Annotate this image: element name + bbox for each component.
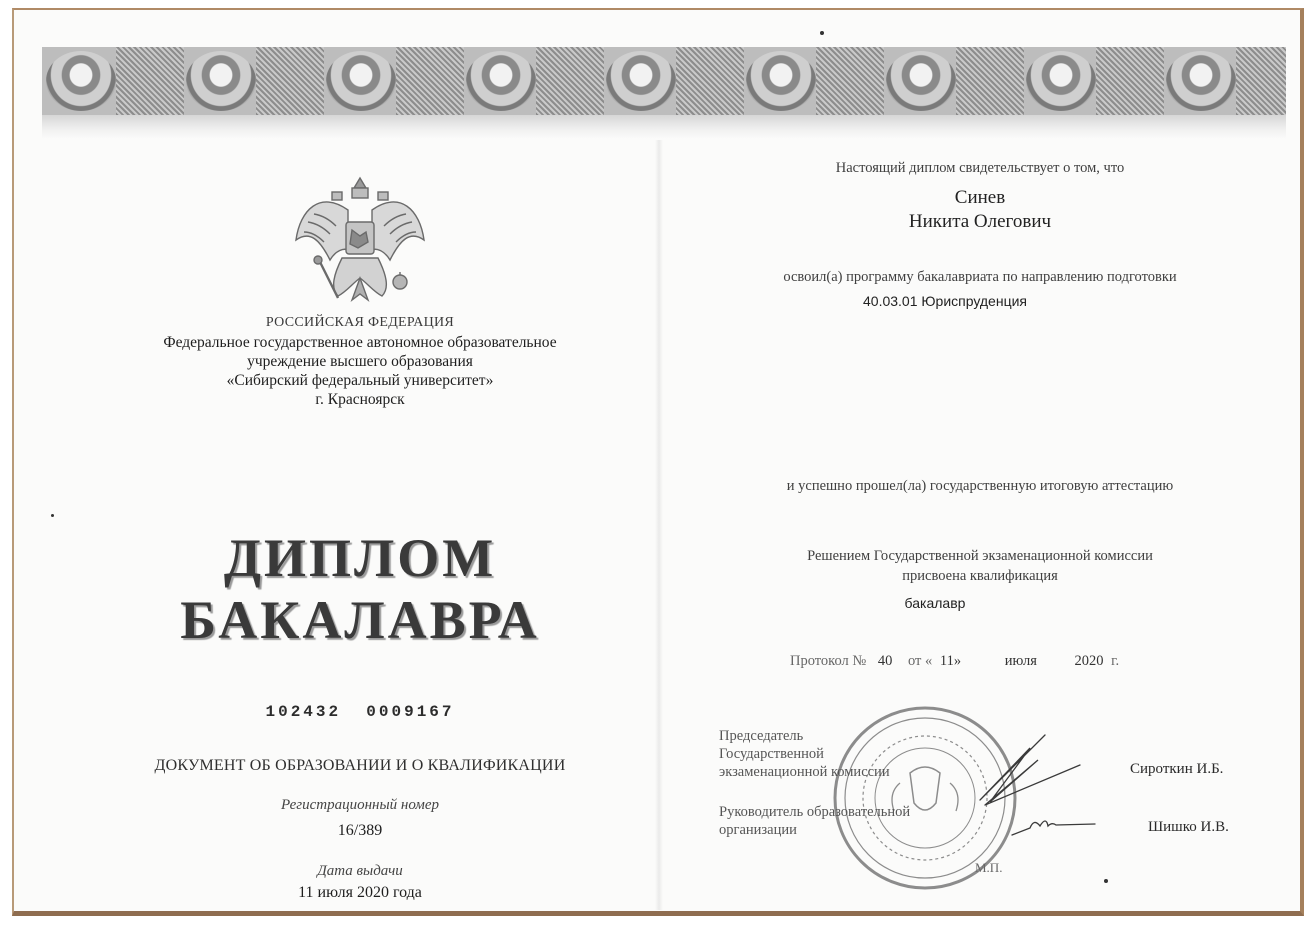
role-line: экзаменационной комиссии [719, 763, 890, 781]
decision-line-2: присвоена квалификация [740, 566, 1220, 586]
banner-motif [746, 51, 816, 111]
speck [820, 31, 824, 35]
protocol-from-label: от « [908, 653, 932, 670]
speck [1104, 879, 1108, 883]
institution-city: г. Красноярск [120, 390, 600, 409]
serial-number: 102432 0009167 [120, 703, 600, 721]
signature-role-head: Руководитель образовательной организации [719, 803, 910, 839]
protocol-day: 11» [940, 653, 961, 670]
protocol-number: 40 [878, 653, 893, 670]
role-line: Руководитель образовательной [719, 803, 910, 821]
role-line: организации [719, 821, 910, 839]
protocol-year: 2020 [1075, 653, 1104, 670]
chairman-name: Сироткин И.Б. [1130, 761, 1223, 778]
protocol-line: Протокол № 40 от « 11» июля 2020 г. [790, 653, 1119, 670]
security-pattern-banner [42, 47, 1286, 115]
signature-role-chairman: Председатель Государственной экзаменацио… [719, 727, 890, 781]
issue-date-label: Дата выдачи [120, 863, 600, 880]
institution-line: Федеральное государственное автономное о… [120, 333, 600, 352]
certifies-text: Настоящий диплом свидетельствует о том, … [740, 160, 1220, 177]
banner-motif [256, 47, 324, 115]
title-line-1: ДИПЛОМ [120, 527, 600, 589]
banner-motif [396, 47, 464, 115]
protocol-label: Протокол № [790, 653, 866, 670]
diploma-title: ДИПЛОМ БАКАЛАВРА [120, 527, 600, 651]
banner-shadow [42, 115, 1286, 139]
banner-motif [1236, 47, 1286, 115]
banner-motif [816, 47, 884, 115]
decision-line-1: Решением Государственной экзаменационной… [740, 546, 1220, 566]
seal-mark: М.П. [975, 859, 1002, 877]
banner-motif [1166, 51, 1236, 111]
banner-motif [536, 47, 604, 115]
protocol-month: июля [1005, 653, 1037, 670]
institution-line: «Сибирский федеральный университет» [120, 371, 600, 390]
protocol-year-suffix: г. [1111, 653, 1119, 670]
country-name: РОССИЙСКАЯ ФЕДЕРАЦИЯ [150, 315, 570, 331]
speck [51, 514, 54, 517]
role-line: Государственной [719, 745, 890, 763]
banner-motif [956, 47, 1024, 115]
title-line-2: БАКАЛАВРА [120, 589, 600, 651]
graduate-surname: Синев [740, 186, 1220, 210]
qualification: бакалавр [715, 595, 1155, 611]
graduate-name: Синев Никита Олегович [740, 186, 1220, 234]
banner-motif [676, 47, 744, 115]
institution-line: учреждение высшего образования [120, 352, 600, 371]
banner-motif [466, 51, 536, 111]
banner-motif [606, 51, 676, 111]
attestation-text: и успешно прошел(ла) государственную ито… [740, 478, 1220, 495]
registration-label: Регистрационный номер [120, 797, 600, 814]
commission-decision: Решением Государственной экзаменационной… [740, 546, 1220, 586]
banner-motif [116, 47, 184, 115]
graduate-given-names: Никита Олегович [740, 210, 1220, 234]
role-line: Председатель [719, 727, 890, 745]
banner-motif [1026, 51, 1096, 111]
banner-motif [886, 51, 956, 111]
center-fold [655, 140, 663, 910]
banner-motif [186, 51, 256, 111]
head-name: Шишко И.В. [1148, 819, 1229, 836]
coat-of-arms-icon [290, 170, 430, 315]
banner-motif [326, 51, 396, 111]
banner-motif [1096, 47, 1164, 115]
program-text: освоил(а) программу бакалавриата по напр… [740, 269, 1220, 286]
program-code: 40.03.01 Юриспруденция [725, 293, 1165, 309]
handwritten-signatures-icon [960, 730, 1100, 840]
document-type: ДОКУМЕНТ ОБ ОБРАЗОВАНИИ И О КВАЛИФИКАЦИИ [120, 757, 600, 775]
issue-date: 11 июля 2020 года [120, 884, 600, 902]
institution-name: Федеральное государственное автономное о… [120, 333, 600, 409]
registration-number: 16/389 [120, 822, 600, 840]
banner-motif [46, 51, 116, 111]
